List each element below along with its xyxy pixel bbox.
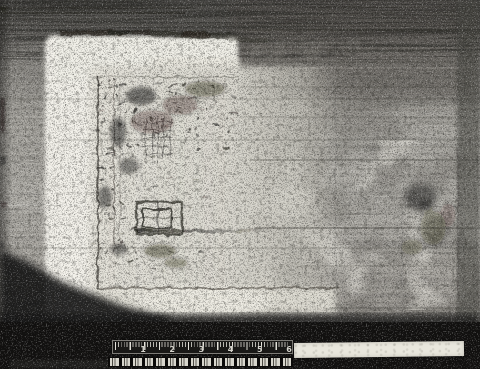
ruler-number: 3 xyxy=(199,345,205,354)
scale-box xyxy=(260,358,269,366)
scale-box xyxy=(191,358,200,366)
scale-box xyxy=(248,358,257,366)
scale-box xyxy=(133,358,142,366)
ruler-number: 6 xyxy=(286,345,292,354)
scale-box xyxy=(214,358,223,366)
scale-box xyxy=(110,358,119,366)
scale-box xyxy=(156,358,165,366)
film-grain-coarse xyxy=(0,30,480,330)
scale-box xyxy=(168,358,177,366)
ruler-number: 5 xyxy=(257,345,263,354)
scale-box xyxy=(225,358,234,366)
scale-box xyxy=(283,358,292,366)
scale-box xyxy=(145,358,154,366)
scale-box xyxy=(271,358,280,366)
photo-backdrop xyxy=(0,0,480,369)
blank-label-strip xyxy=(294,341,464,358)
scale-box xyxy=(237,358,246,366)
ruler-number: 1 xyxy=(140,345,146,354)
scale-box xyxy=(122,358,131,366)
ruler-number: 2 xyxy=(169,345,175,354)
ruler-number: 4 xyxy=(228,345,234,354)
scale-box xyxy=(179,358,188,366)
measurement-ruler: 123456 xyxy=(112,340,293,354)
scanned-document-photo: 123456 xyxy=(0,0,480,369)
scale-box xyxy=(202,358,211,366)
checkered-scale-bar xyxy=(108,357,293,367)
